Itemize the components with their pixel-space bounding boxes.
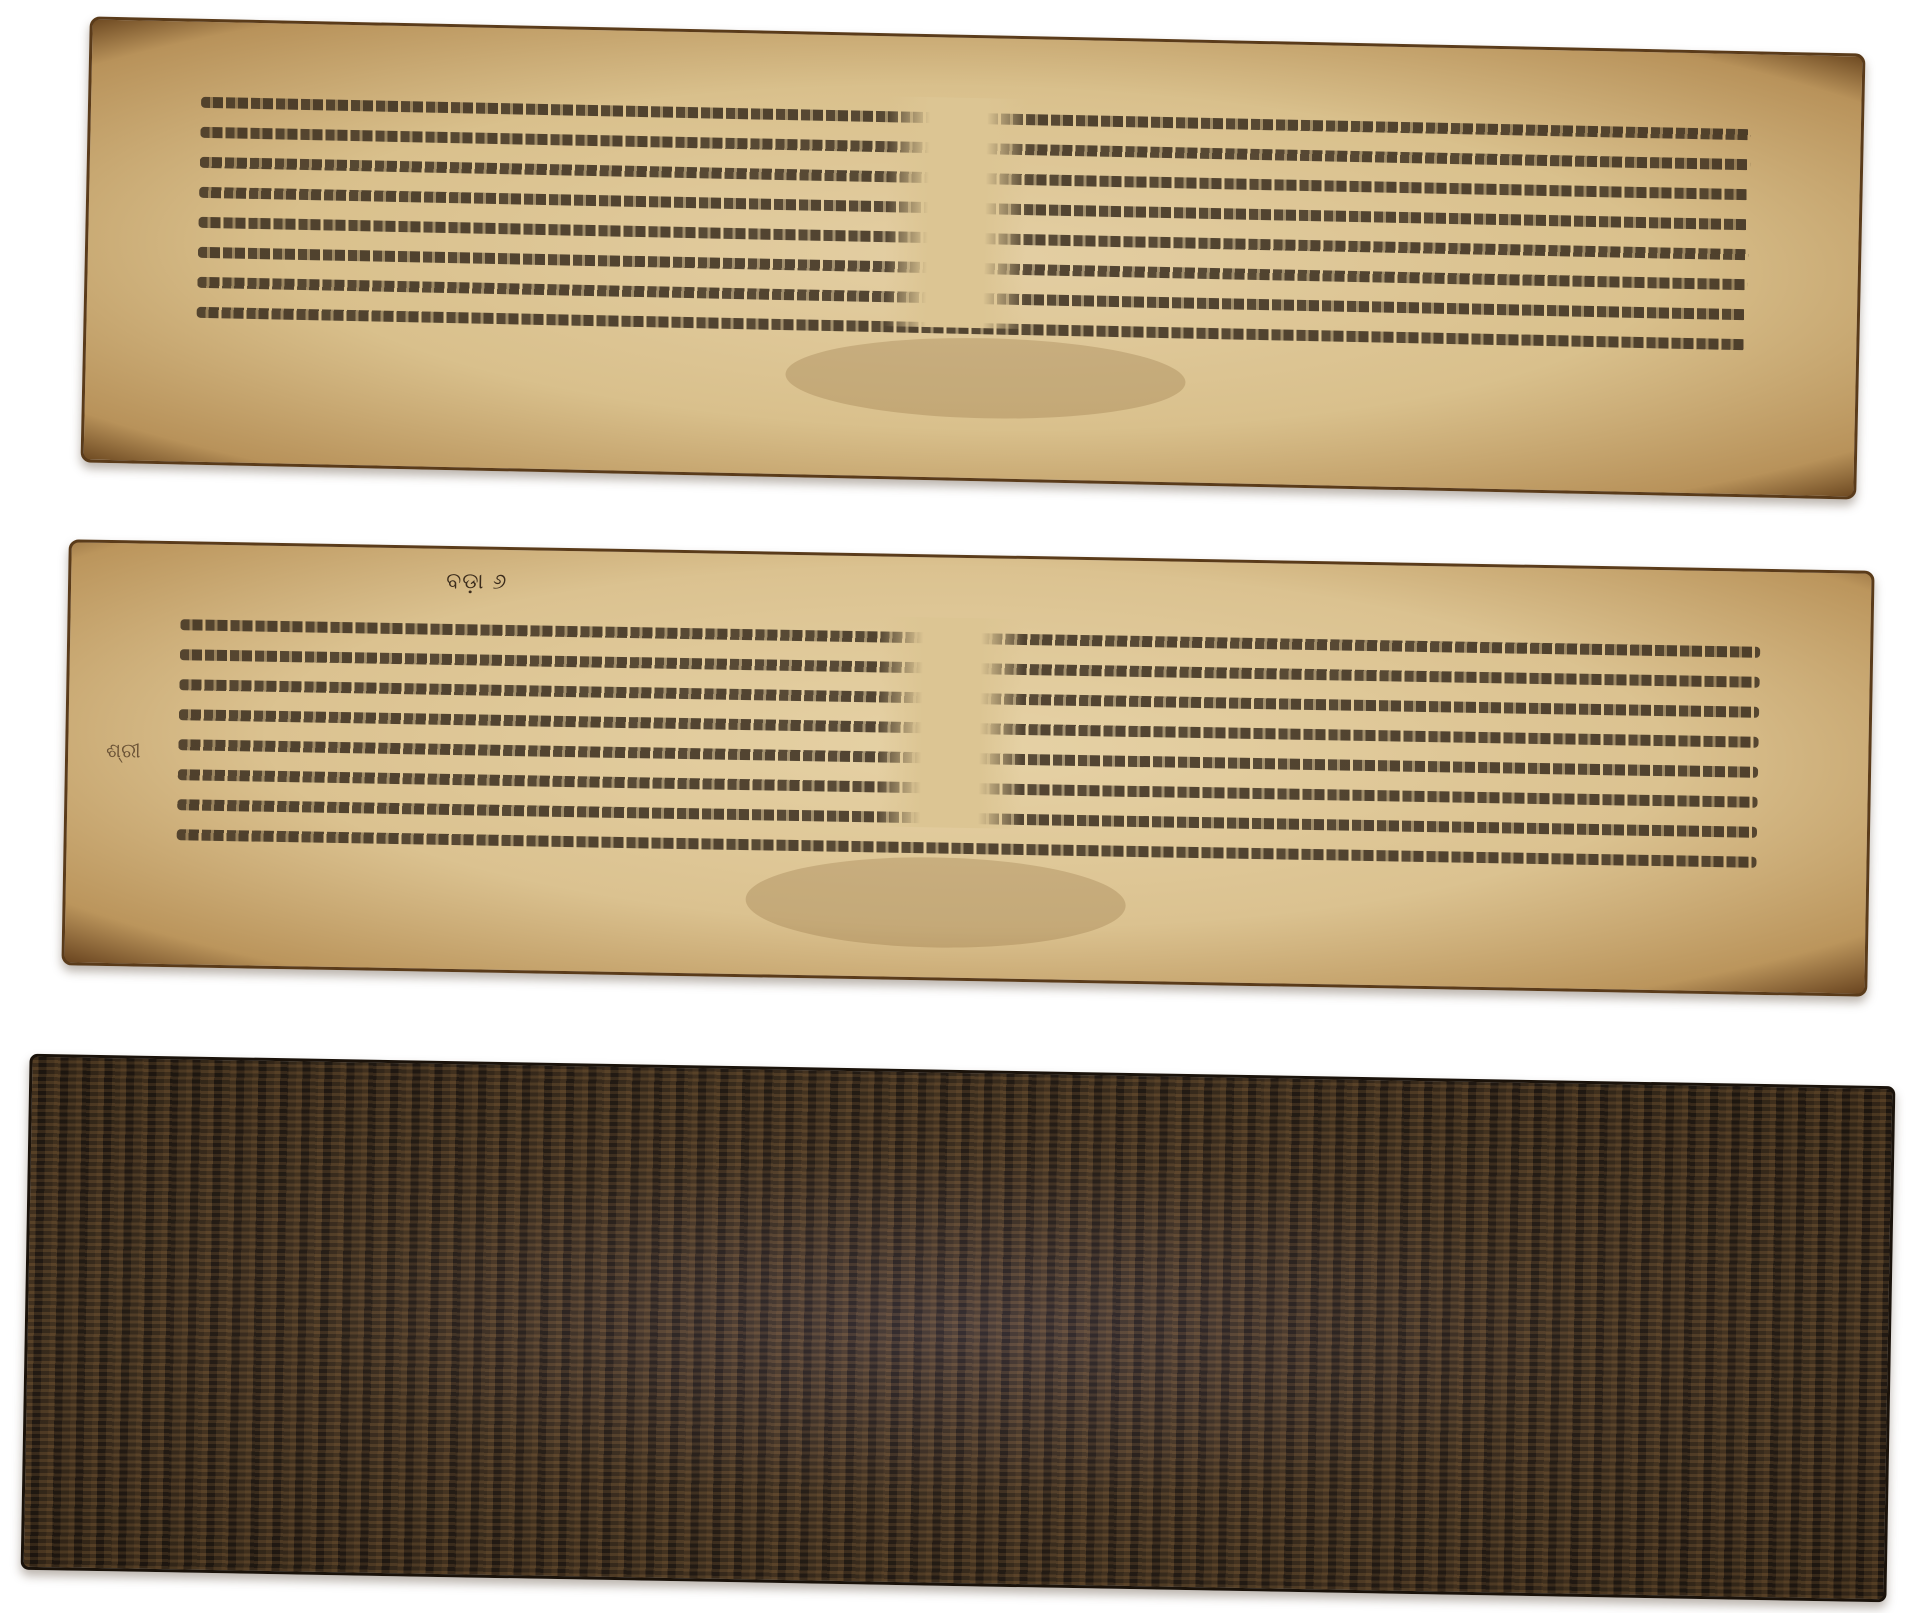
manuscript-folio-top <box>81 16 1866 499</box>
margin-mark: ଶ୍ରୀ <box>106 738 141 763</box>
folio-number: ବଡ଼ା ୬ <box>446 569 508 595</box>
string-hole-gap <box>883 96 1029 329</box>
manuscript-cover-board <box>21 1054 1896 1602</box>
string-hole-gap <box>877 616 1025 828</box>
manuscript-folio-middle: ବଡ଼ା ୬ ଶ୍ରୀ <box>61 539 1874 996</box>
